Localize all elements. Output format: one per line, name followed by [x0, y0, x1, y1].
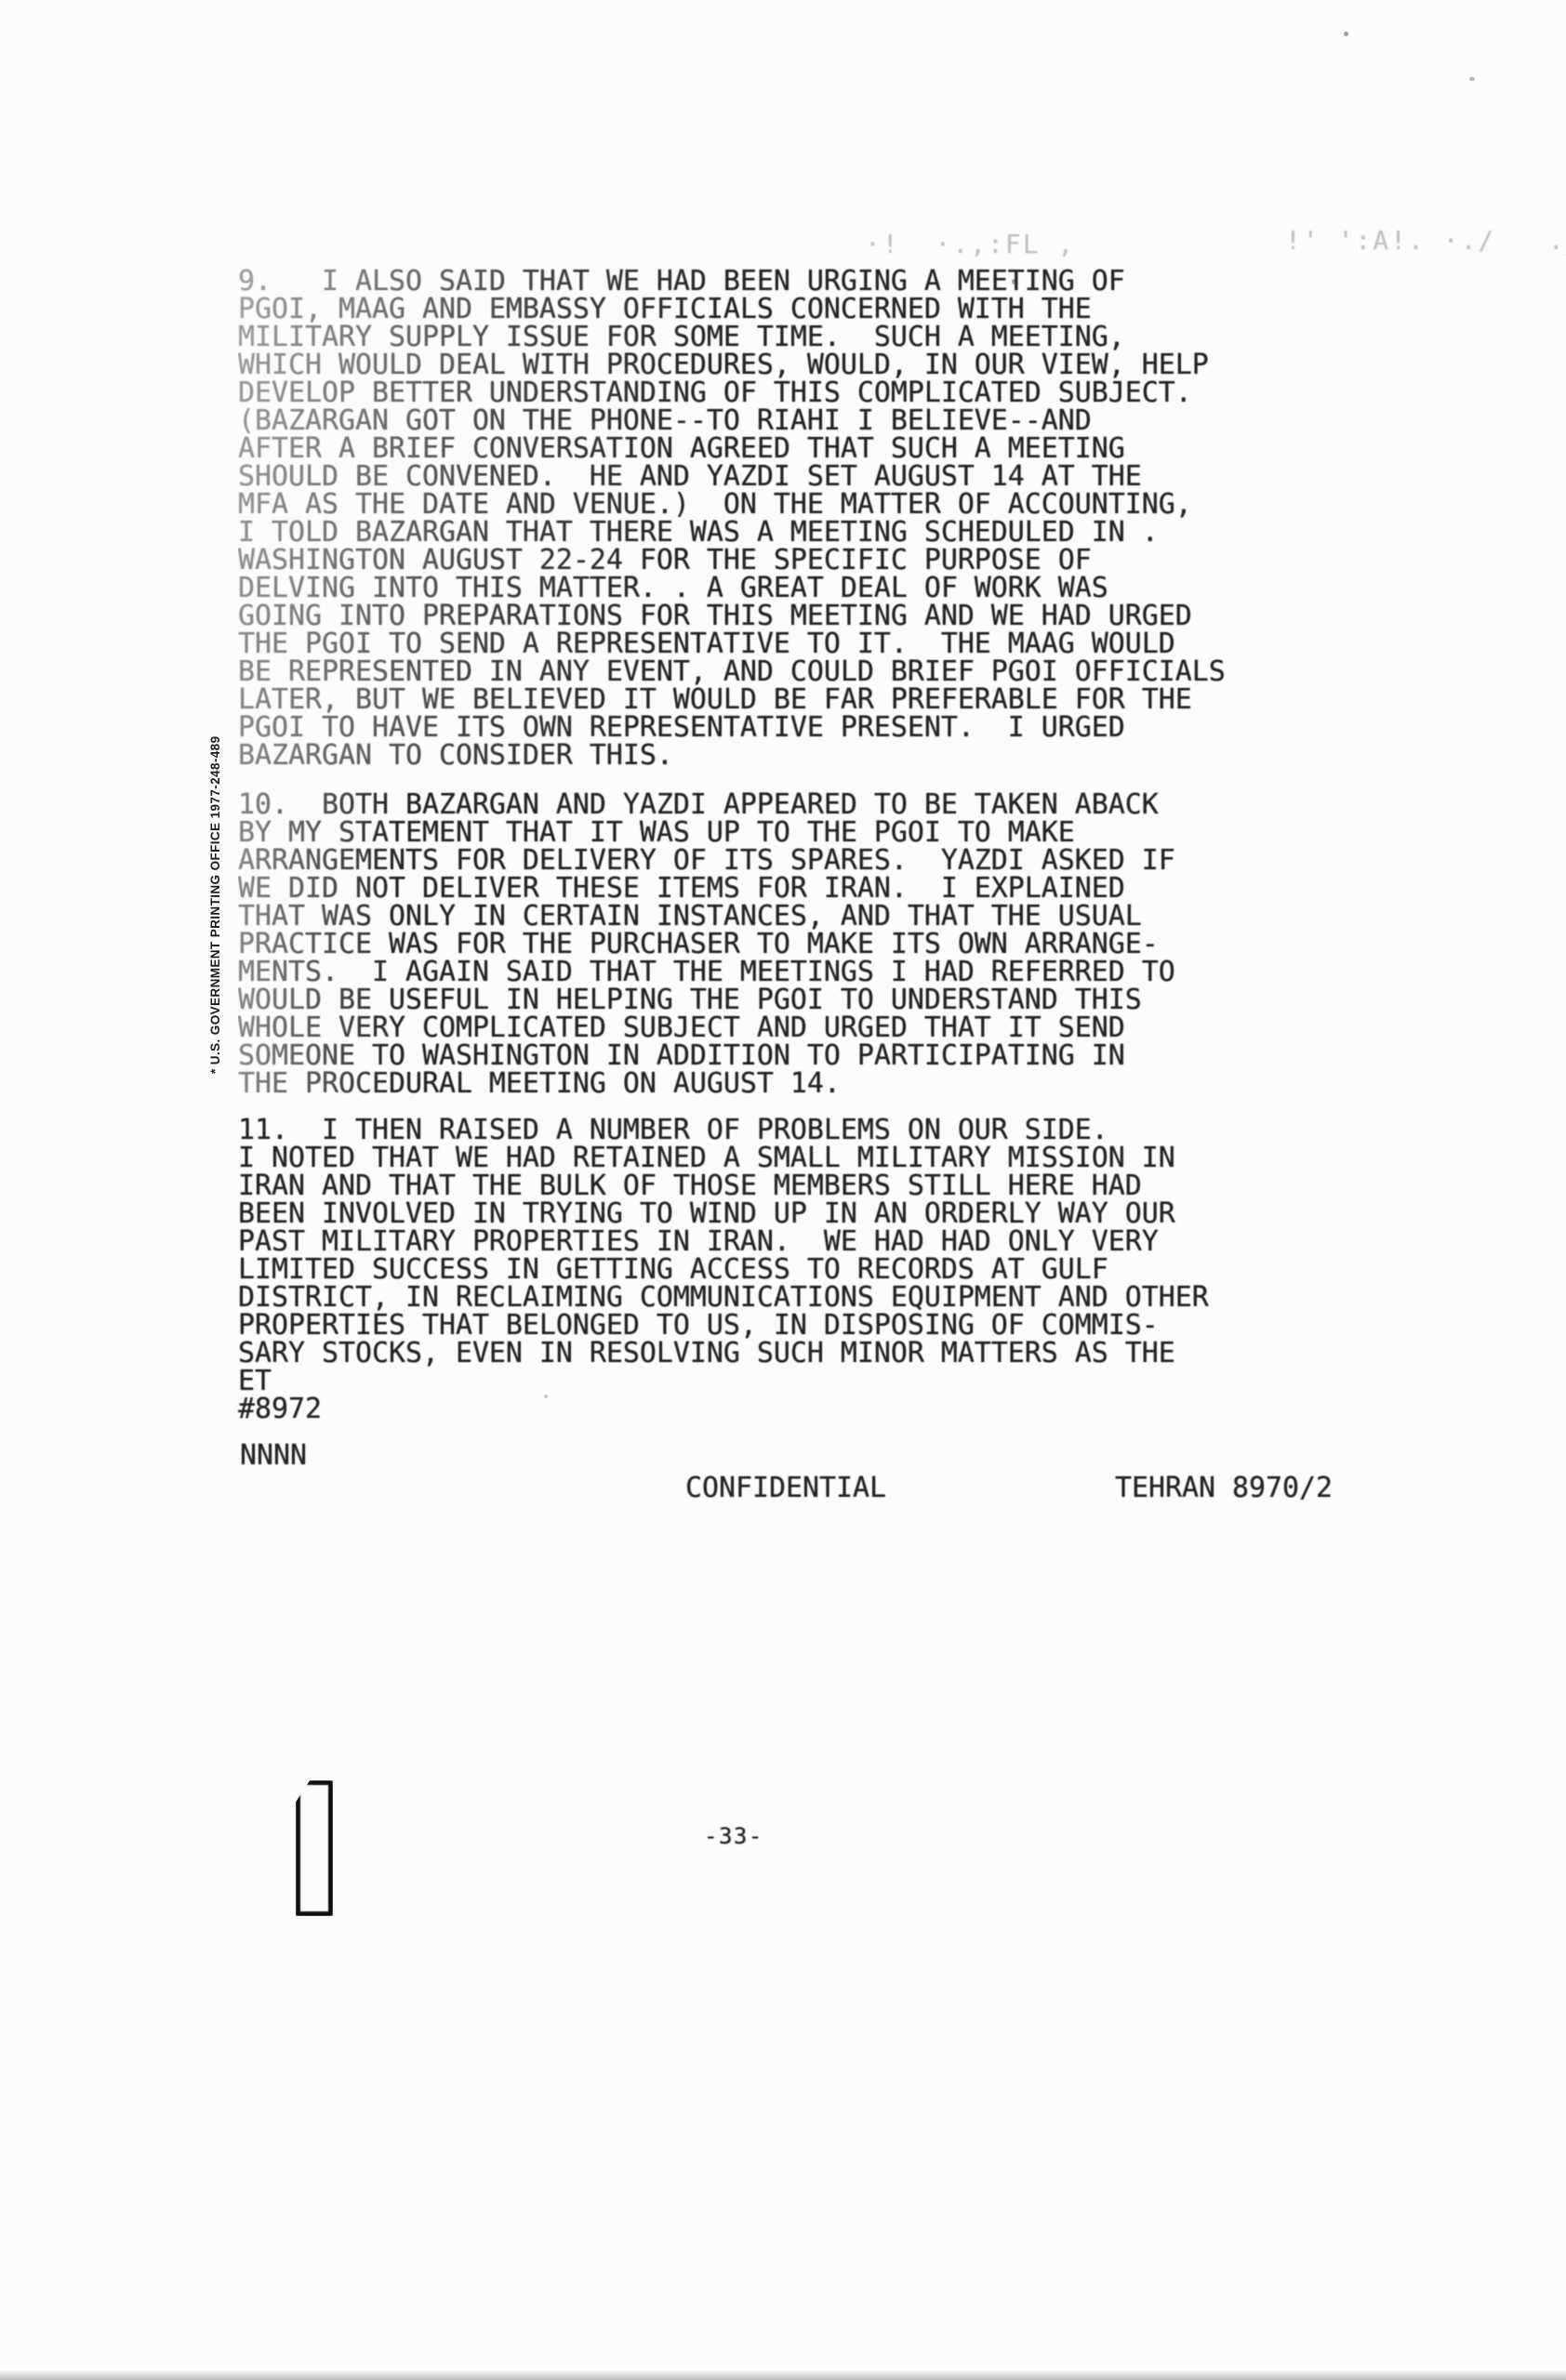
faded-header-classification: ·! ·.,:FL , [865, 229, 1075, 259]
footer-reference: TEHRAN 8970/2 [1115, 1474, 1333, 1502]
faded-header-reference: !' ':A!. ·./ ._ [1285, 225, 1566, 256]
scan-speck [1469, 77, 1475, 81]
page-number: -33- [704, 1822, 763, 1850]
printing-office-margin-note: * U.S. GOVERNMENT PRINTING OFFICE 1977-2… [208, 691, 222, 1074]
paragraph-9: 9. I ALSO SAID THAT WE HAD BEEN URGING A… [238, 268, 1226, 770]
ink-bracket-mark [296, 1780, 333, 1916]
footer-classification: CONFIDENTIAL [685, 1474, 886, 1502]
paragraph-11: 11. I THEN RAISED A NUMBER OF PROBLEMS O… [238, 1117, 1209, 1423]
scan-speck [544, 1395, 548, 1398]
paragraph-10: 10. BOTH BAZARGAN AND YAZDI APPEARED TO … [238, 791, 1175, 1098]
scan-edge-shadow [0, 2370, 1566, 2380]
scan-speck [1012, 279, 1015, 284]
scan-speck [1344, 32, 1348, 36]
scanned-cable-page: ·! ·.,:FL , !' ':A!. ·./ ._ 9. I ALSO SA… [0, 0, 1566, 2380]
message-terminator: NNNN [240, 1442, 307, 1470]
